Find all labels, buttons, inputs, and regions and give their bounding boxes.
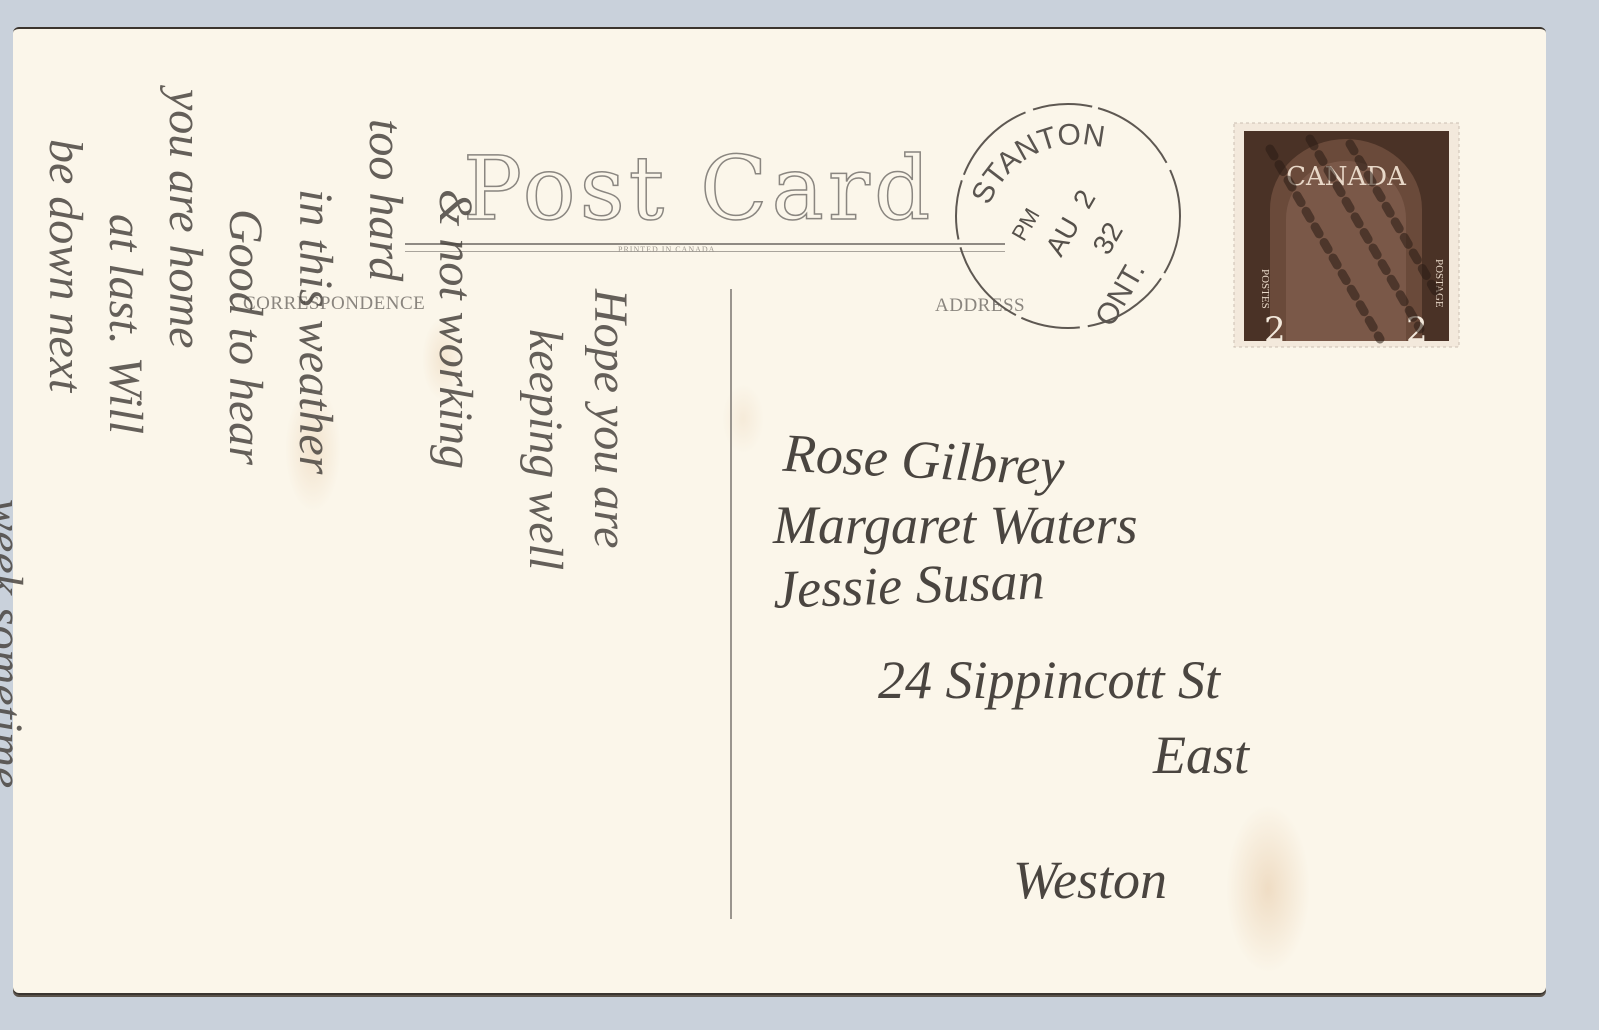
address-line-3: Jessie Susan (772, 549, 1045, 620)
message-column: keeping well (518, 329, 573, 570)
message-column: be down next (38, 139, 93, 392)
address-line-4: 24 Sippincott St (878, 649, 1220, 711)
svg-text:ONT.: ONT. (1089, 256, 1152, 332)
svg-text:2: 2 (1264, 310, 1286, 350)
svg-text:AU: AU (1039, 212, 1085, 261)
center-divider (730, 289, 732, 919)
message-column: week sometime (0, 499, 33, 788)
svg-text:POSTES: POSTES (1259, 269, 1271, 309)
svg-text:2: 2 (1067, 185, 1102, 214)
message-column: Hope you are (583, 289, 638, 548)
stamp-icon: CANADA POSTES POSTAGE 2 2 (1230, 119, 1463, 351)
svg-text:CANADA: CANADA (1286, 162, 1407, 192)
message-column: in this weather (288, 189, 343, 474)
address-line-2: Margaret Waters (773, 494, 1138, 556)
printer-credit: PRINTED IN CANADA (618, 245, 715, 254)
address-line-1: Rose Gilbrey (782, 422, 1066, 499)
message-column: at last. Will (98, 214, 153, 434)
message-column: & not working (428, 189, 483, 469)
postcard-back: Post Card PRINTED IN CANADA CORRESPONDEN… (13, 27, 1546, 995)
postcard-title: Post Card (463, 137, 934, 240)
message-column: you are home (158, 89, 213, 348)
postmark-icon: STANTON ONT. PM AU 2 32 (943, 91, 1193, 341)
address-line-6: Weston (1013, 849, 1167, 911)
message-column: too hard (358, 119, 413, 281)
svg-text:32: 32 (1086, 217, 1128, 259)
address-line-5: East (1153, 724, 1249, 786)
svg-text:PM: PM (1007, 204, 1045, 245)
message-column: Good to hear (218, 209, 273, 465)
